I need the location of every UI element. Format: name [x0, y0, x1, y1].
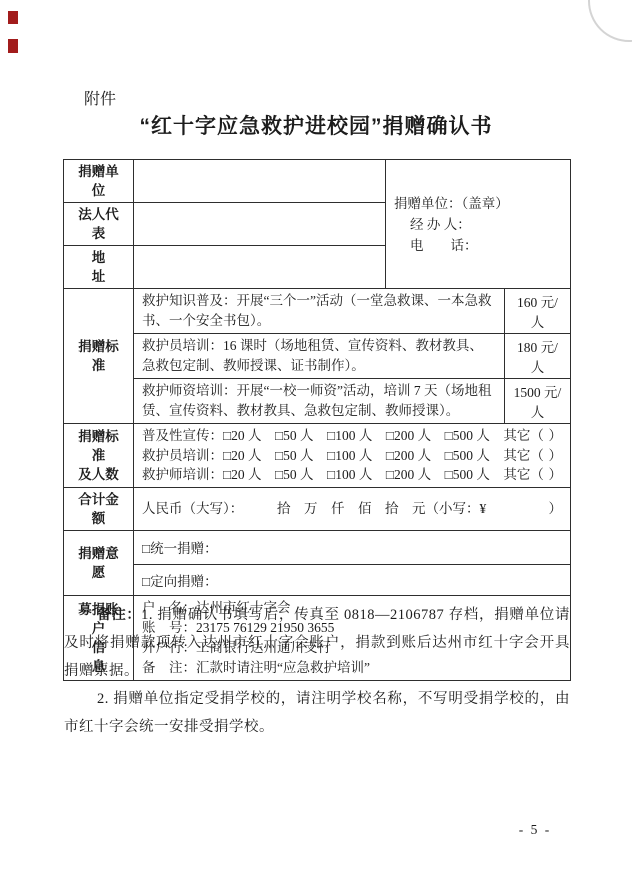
standard-price-2: 180 元/人	[505, 334, 571, 379]
standard-desc-2: 救护员培训：16 课时（场地租赁、宣传资料、教材教具、急救包定制、教师授课、证书…	[134, 334, 505, 379]
counts-options-cell: 普及性宣传：□20 人 □50 人 □100 人 □200 人 □500 人 其…	[134, 424, 571, 488]
page-number: - 5 -	[495, 822, 575, 838]
standard-label: 捐赠标准	[64, 289, 134, 424]
document-page: 附件 “红十字应急救护进校园”捐赠确认书 捐赠单位 捐赠单位：（盖章） 经 办 …	[0, 0, 632, 894]
total-amount-text: 人民币（大写）： 拾 万 仟 佰 拾 元（小写：¥	[142, 498, 486, 520]
counts-line-trainer-close: ）	[549, 465, 563, 485]
stamp-block: 捐赠单位：（盖章） 经 办 人： 电 话：	[386, 160, 571, 289]
red-scan-mark-top	[8, 11, 18, 24]
counts-line-publicity: 普及性宣传：□20 人 □50 人 □100 人 □200 人 □500 人 其…	[142, 426, 562, 446]
counts-line-rescuer-text: 救护员培训：□20 人 □50 人 □100 人 □200 人 □500 人 其…	[142, 446, 544, 466]
legal-rep-label: 法人代表	[64, 203, 134, 246]
attachment-label: 附件	[84, 86, 116, 109]
donor-unit-row: 捐赠单位 捐赠单位：（盖章） 经 办 人： 电 话：	[64, 160, 571, 203]
standard-row-3: 救护师资培训：开展“一校一师资”活动，培训 7 天（场地租赁、宣传资料、教材教具…	[64, 379, 571, 424]
intent-option-unified: □统一捐赠：	[134, 530, 571, 564]
counts-label-line1: 捐赠标准	[72, 427, 125, 465]
counts-line-rescuer: 救护员培训：□20 人 □50 人 □100 人 □200 人 □500 人 其…	[142, 446, 562, 466]
address-label: 地 址	[64, 246, 134, 289]
counts-line-trainer: 救护师培训：□20 人 □50 人 □100 人 □200 人 □500 人 其…	[142, 465, 562, 485]
footnote-2: 2. 捐赠单位指定受捐学校的，请注明学校名称，不写明受捐学校的，由市红十字会统一…	[64, 685, 570, 741]
red-scan-mark-bottom	[8, 39, 18, 53]
legal-rep-input-cell	[134, 203, 386, 246]
donor-unit-label: 捐赠单位	[64, 160, 134, 203]
address-input-cell	[134, 246, 386, 289]
counts-label-line2: 及人数	[72, 465, 125, 484]
document-title: “红十字应急救护进校园”捐赠确认书	[0, 110, 632, 140]
standard-row-1: 捐赠标准 救护知识普及：开展“三个一”活动（一堂急救课、一本急救书、一个安全书包…	[64, 289, 571, 334]
counts-row: 捐赠标准 及人数 普及性宣传：□20 人 □50 人 □100 人 □200 人…	[64, 424, 571, 488]
standard-price-1: 160 元/人	[505, 289, 571, 334]
intent-row-directed: □定向捐赠：	[64, 564, 571, 595]
stamp-phone-line: 电 话：	[394, 235, 562, 256]
counts-label: 捐赠标准 及人数	[64, 424, 134, 488]
total-amount-close: ）	[549, 498, 563, 520]
total-amount-line: 人民币（大写）： 拾 万 仟 佰 拾 元（小写：¥ ）	[142, 498, 562, 520]
page-curl-artifact	[588, 0, 632, 42]
standard-desc-1: 救护知识普及：开展“三个一”活动（一堂急救课、一本急救书、一个安全书包）。	[134, 289, 505, 334]
footnote-1: 备注：1. 捐赠确认书填写后，传真至 0818—2106787 存档，捐赠单位请…	[64, 600, 570, 685]
total-amount-row: 合计金额 人民币（大写）： 拾 万 仟 佰 拾 元（小写：¥ ）	[64, 487, 571, 530]
standard-row-2: 救护员培训：16 课时（场地租赁、宣传资料、教材教具、急救包定制、教师授课、证书…	[64, 334, 571, 379]
stamp-agent-line: 经 办 人：	[394, 214, 562, 235]
counts-line-rescuer-close: ）	[549, 446, 563, 466]
total-amount-cell: 人民币（大写）： 拾 万 仟 佰 拾 元（小写：¥ ）	[134, 487, 571, 530]
counts-line-trainer-text: 救护师培训：□20 人 □50 人 □100 人 □200 人 □500 人 其…	[142, 465, 544, 485]
intent-row-unified: 捐赠意愿 □统一捐赠：	[64, 530, 571, 564]
counts-line-publicity-close: ）	[549, 426, 563, 446]
stamp-unit-line: 捐赠单位：（盖章）	[394, 193, 562, 214]
standard-price-3: 1500 元/人	[505, 379, 571, 424]
standard-desc-3: 救护师资培训：开展“一校一师资”活动，培训 7 天（场地租赁、宣传资料、教材教具…	[134, 379, 505, 424]
donor-unit-input-cell	[134, 160, 386, 203]
footnote-lead: 备注：	[97, 606, 141, 622]
counts-line-publicity-text: 普及性宣传：□20 人 □50 人 □100 人 □200 人 □500 人 其…	[142, 426, 544, 446]
total-amount-label: 合计金额	[64, 487, 134, 530]
intent-label: 捐赠意愿	[64, 530, 134, 595]
footnotes: 备注：1. 捐赠确认书填写后，传真至 0818—2106787 存档，捐赠单位请…	[64, 600, 570, 741]
intent-option-directed: □定向捐赠：	[134, 564, 571, 595]
